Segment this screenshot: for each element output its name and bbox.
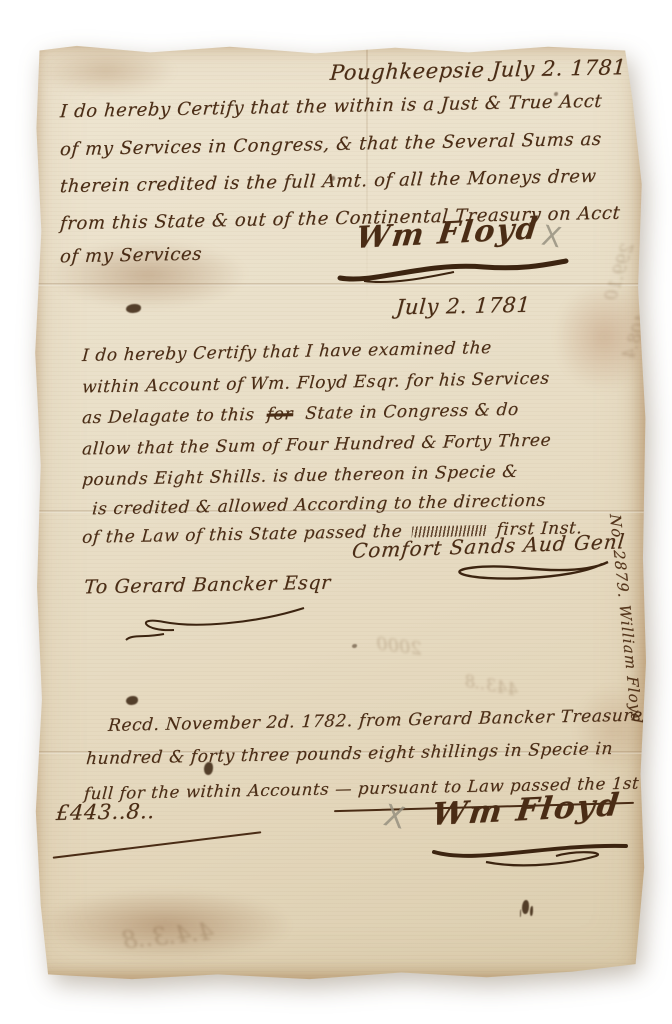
addressee-flourish xyxy=(104,604,314,644)
pencil-x-mark-1: X xyxy=(539,219,564,255)
signature-flourish-2 xyxy=(426,838,646,872)
signature-flourish xyxy=(334,258,574,284)
pencil-x-mark-2: X xyxy=(381,798,408,837)
cert2-line: I do hereby Certify that I have examined… xyxy=(81,338,492,366)
bleedthrough-figure: 443..8 xyxy=(463,671,520,700)
cert2-line: allow that the Sum of Four Hundred & For… xyxy=(81,430,552,459)
cert2-line3-post: State in Congress & do xyxy=(304,400,519,424)
photograph-background: 299.10 408.4 2000 443..8 4.4.3..8 Poughk… xyxy=(0,0,672,1024)
struck-word: for xyxy=(266,404,294,425)
amount-pounds: £443..8.. xyxy=(55,799,156,825)
cert1-line: of my Services in Congress, & that the S… xyxy=(59,129,602,160)
ink-spatter-cluster xyxy=(522,900,529,914)
cert2-line: within Account of Wm. Floyd Esqr. for hi… xyxy=(81,368,550,397)
amount-underline xyxy=(53,831,262,859)
cert1-line: I do hereby Certify that the within is a… xyxy=(59,91,603,122)
dateline-july: July 2. 1781 xyxy=(395,293,531,320)
manuscript-paper: 299.10 408.4 2000 443..8 4.4.3..8 Poughk… xyxy=(34,44,646,980)
receipt-line: hundred & forty three pounds eight shill… xyxy=(85,739,613,769)
dateline-poughkeepsie: Poughkeepsie July 2. 1781 xyxy=(329,55,627,85)
document-paper-wrapper: 299.10 408.4 2000 443..8 4.4.3..8 Poughk… xyxy=(34,44,646,980)
cert2-line: as Delagate to this for State in Congres… xyxy=(81,400,519,428)
cert2-line3-pre: as Delagate to this xyxy=(81,405,255,428)
stain-top-left xyxy=(36,46,176,96)
cert1-line: of my Services xyxy=(59,244,202,268)
cert1-line: therein credited is the full Amt. of all… xyxy=(59,166,597,197)
cert2-line: pounds Eight Shills. is due thereon in S… xyxy=(81,462,518,490)
ink-smudge-1 xyxy=(126,304,141,313)
bleedthrough-figure: 2000 xyxy=(375,633,423,659)
cert2-line: is credited & allowed According to the d… xyxy=(91,491,546,520)
speck-3 xyxy=(352,644,357,648)
auditor-flourish xyxy=(422,560,612,582)
ink-smudge-2 xyxy=(126,696,138,705)
addressee-gerard-bancker: To Gerard Bancker Esqr xyxy=(83,572,331,599)
